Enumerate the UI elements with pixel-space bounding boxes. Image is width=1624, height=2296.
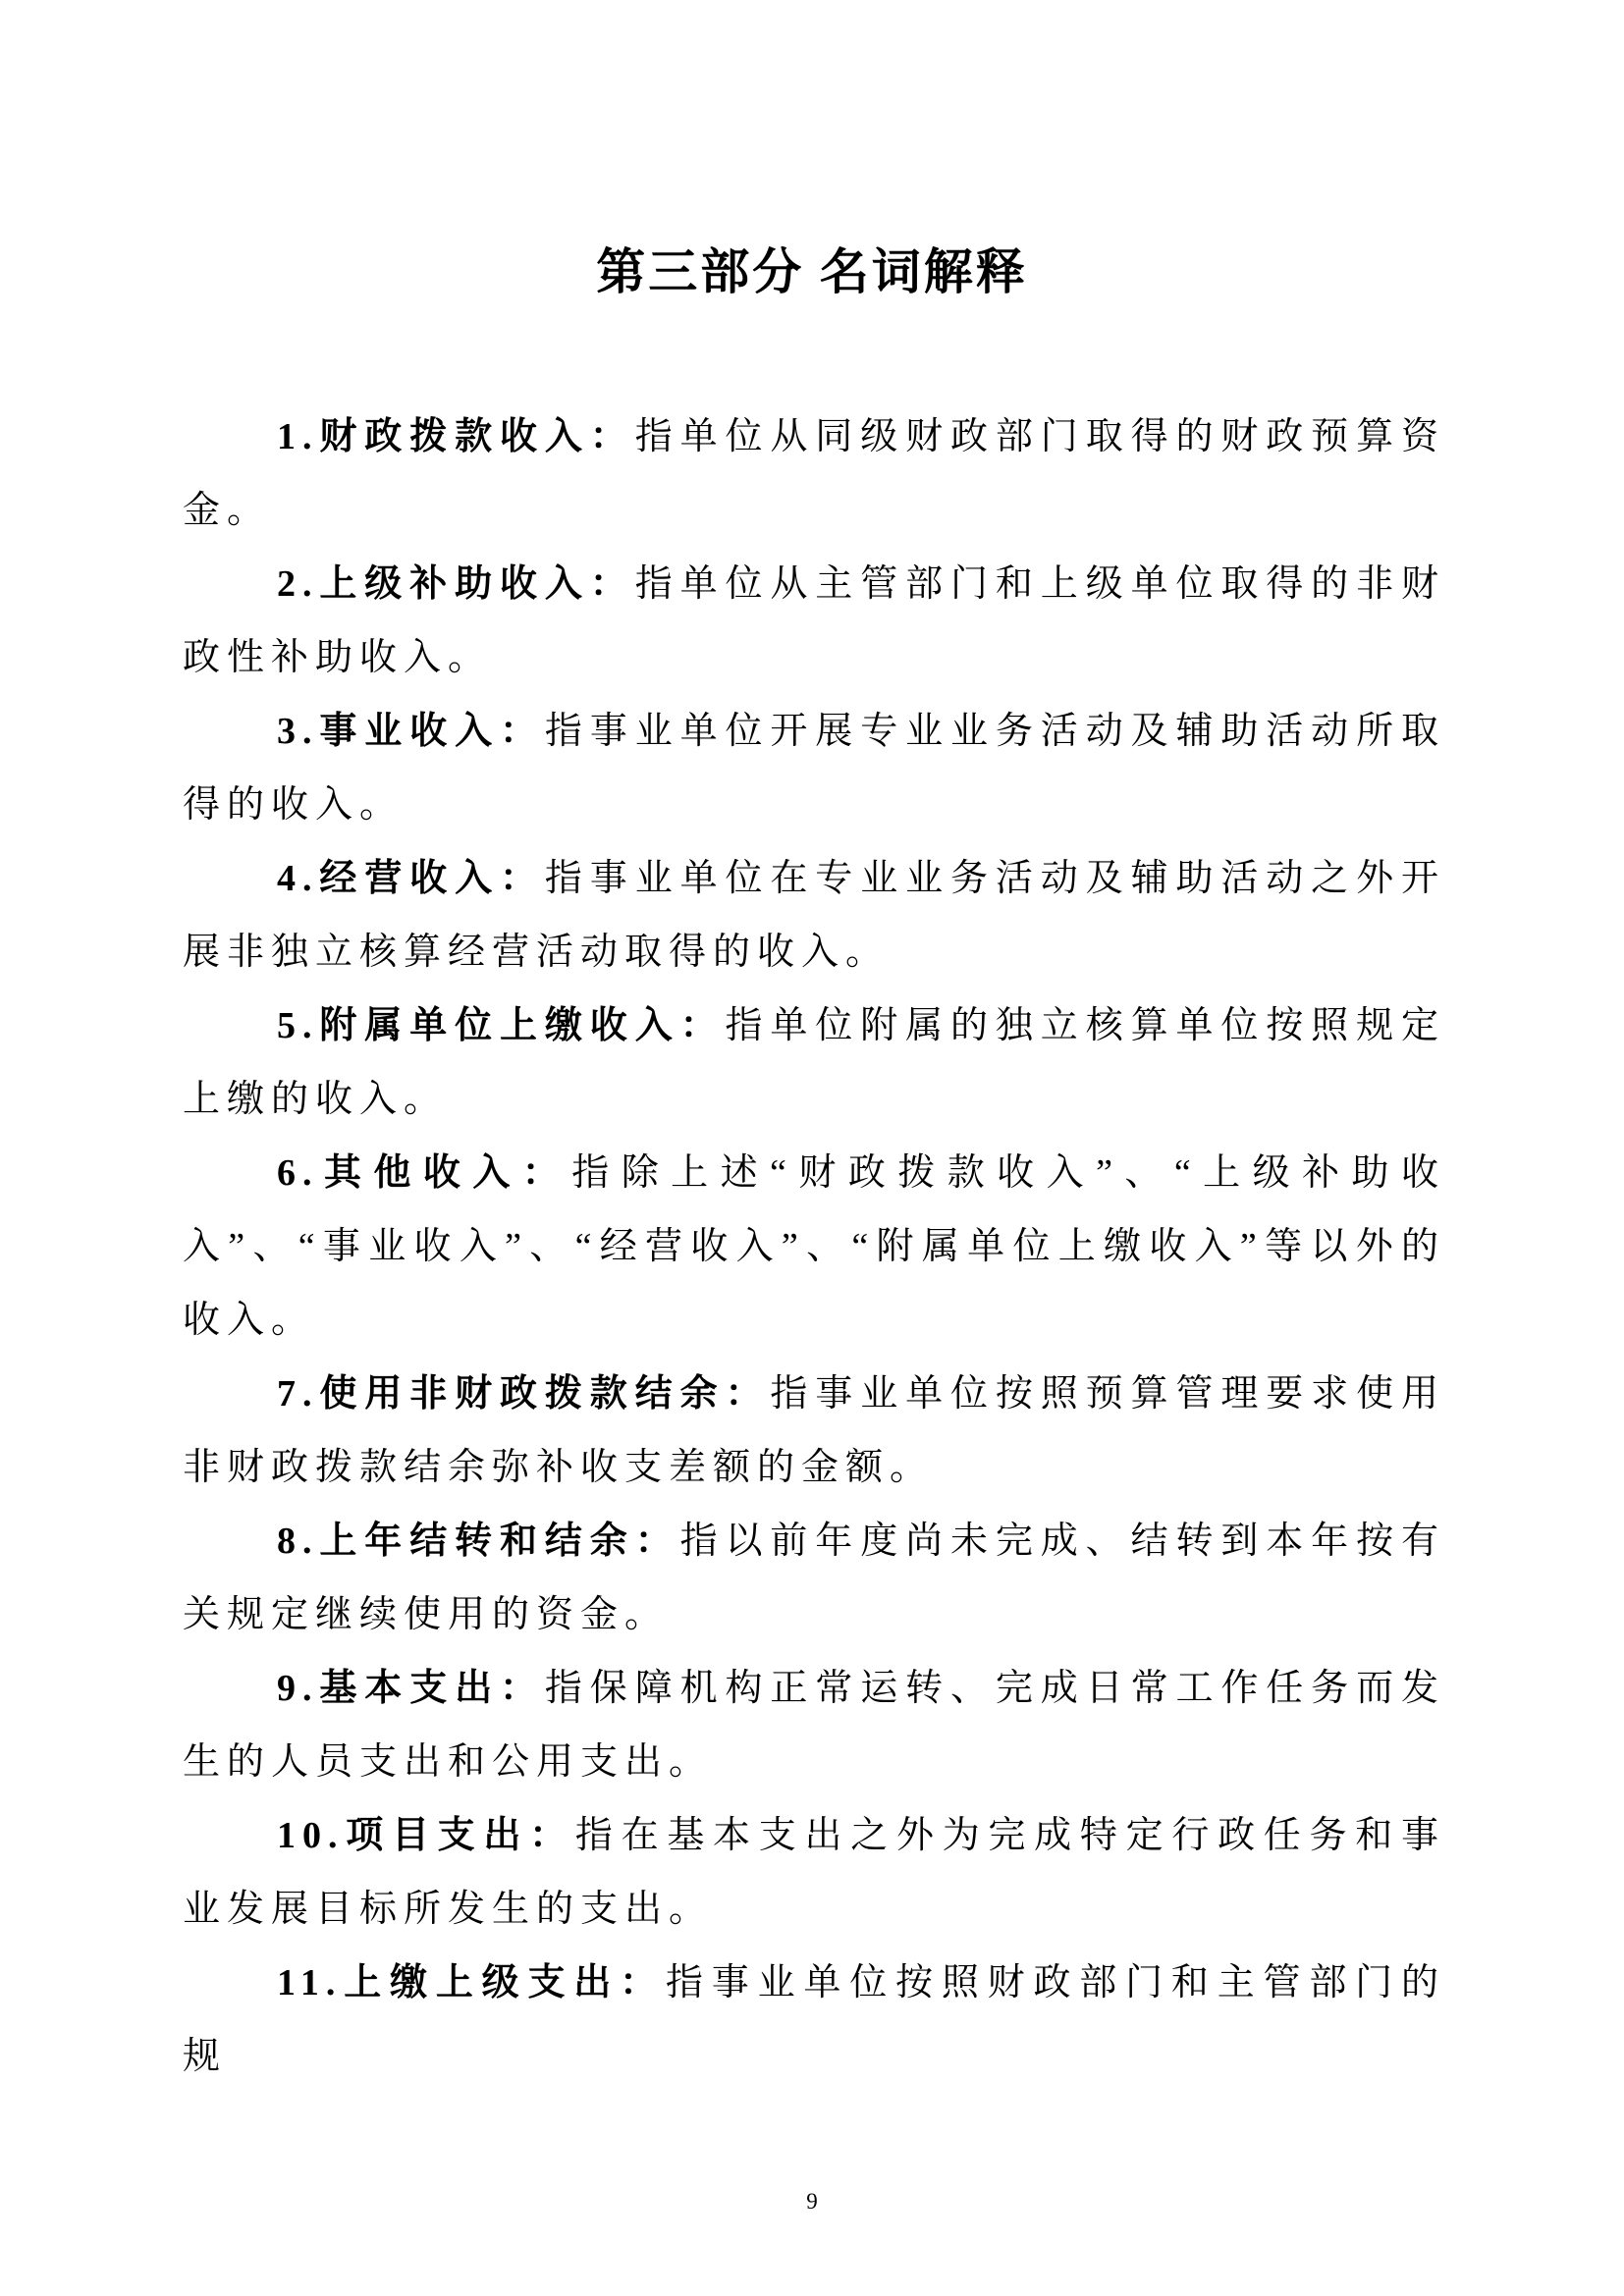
term-item: 8.上年结转和结余：指以前年度尚未完成、结转到本年按有关规定继续使用的资金。 <box>183 1505 1445 1652</box>
page-number: 9 <box>0 2187 1624 2216</box>
term-number: 2. <box>277 563 319 605</box>
term-number: 8. <box>277 1521 319 1562</box>
term-number: 6. <box>277 1152 319 1194</box>
term-number: 3. <box>277 711 319 752</box>
term-number: 5. <box>277 1005 319 1046</box>
term-item: 2.上级补助收入：指单位从主管部门和上级单位取得的非财政性补助收入。 <box>183 548 1445 695</box>
term-label: 财政拨款收入： <box>319 416 635 457</box>
term-item: 3.事业收入：指事业单位开展专业业务活动及辅助活动所取得的收入。 <box>183 695 1445 842</box>
term-item: 9.基本支出：指保障机构正常运转、完成日常工作任务而发生的人员支出和公用支出。 <box>183 1652 1445 1799</box>
term-item: 10.项目支出：指在基本支出之外为完成特定行政任务和事业发展目标所发生的支出。 <box>183 1799 1445 1947</box>
term-number: 7. <box>277 1373 319 1415</box>
term-item: 5.附属单位上缴收入：指单位附属的独立核算单位按照规定上缴的收入。 <box>183 989 1445 1137</box>
term-label: 其他收入： <box>319 1152 572 1194</box>
term-number: 11. <box>277 1962 342 2003</box>
term-label: 上缴上级支出： <box>342 1962 666 2003</box>
term-item: 11.上缴上级支出：指事业单位按照财政部门和主管部门的规 <box>183 1947 1445 2094</box>
term-number: 9. <box>277 1668 319 1709</box>
term-label: 基本支出： <box>319 1668 545 1709</box>
term-number: 10. <box>277 1815 345 1856</box>
term-label: 经营收入： <box>319 858 545 899</box>
document-page: 第三部分 名词解释 1.财政拨款收入：指单位从同级财政部门取得的财政预算资金。 … <box>0 0 1624 2296</box>
term-item: 7.使用非财政拨款结余：指事业单位按照预算管理要求使用非财政拨款结余弥补收支差额… <box>183 1358 1445 1505</box>
term-number: 1. <box>277 416 319 457</box>
term-label: 附属单位上缴收入： <box>319 1005 726 1046</box>
term-item: 6.其他收入：指除上述“财政拨款收入”、“上级补助收入”、“事业收入”、“经营收… <box>183 1137 1445 1358</box>
term-item: 1.财政拨款收入：指单位从同级财政部门取得的财政预算资金。 <box>183 400 1445 548</box>
term-label: 上级补助收入： <box>319 563 635 605</box>
term-label: 项目支出： <box>345 1815 575 1856</box>
term-item: 4.经营收入：指事业单位在专业业务活动及辅助活动之外开展非独立核算经营活动取得的… <box>183 842 1445 989</box>
term-number: 4. <box>277 858 319 899</box>
term-label: 使用非财政拨款结余： <box>319 1373 771 1415</box>
page-title: 第三部分 名词解释 <box>0 0 1624 302</box>
term-label: 上年结转和结余： <box>319 1521 680 1562</box>
term-label: 事业收入： <box>319 711 545 752</box>
terms-section: 1.财政拨款收入：指单位从同级财政部门取得的财政预算资金。 2.上级补助收入：指… <box>183 400 1445 2094</box>
